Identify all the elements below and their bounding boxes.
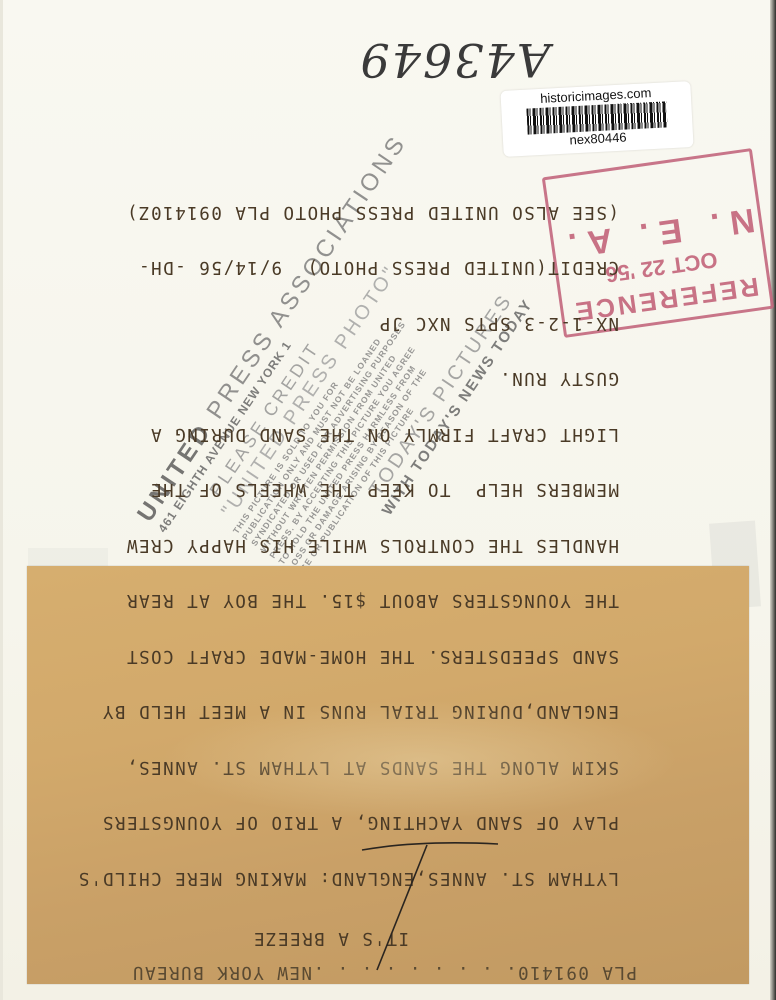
- caption-see-also: (SEE ALSO UNITED PRESS PHOTO PLA 091410Z…: [47, 203, 619, 222]
- caption-line: LYTHAM ST. ANNES,ENGLAND: MAKING MERE CH…: [47, 869, 619, 888]
- caption-routing: NX-1-2-3 SPTS NXC JP: [47, 314, 619, 333]
- photo-right-edge: [770, 0, 776, 1000]
- caption-inner: PLA 091410. . . . . . . . .NEW YORK BURE…: [27, 566, 749, 984]
- caption-line: ENGLAND,DURING TRIAL RUNS IN A MEET HELD…: [47, 702, 619, 721]
- caption-header: PLA 091410. . . . . . . . .NEW YORK BURE…: [47, 962, 637, 982]
- handwritten-inventory-number: A43649: [360, 30, 550, 90]
- caption-slip: PLA 091410. . . . . . . . .NEW YORK BURE…: [27, 566, 749, 984]
- barcode-label: historicimages.com nex80446: [500, 81, 693, 157]
- caption-line: HANDLES THE CONTROLS WHILE HIS HAPPY CRE…: [47, 536, 619, 555]
- caption-line: SAND SPEEDSTERS. THE HOME-MADE CRAFT COS…: [47, 647, 619, 666]
- caption-line: PLAY OF SAND YACHTING, A TRIO OF YOUNGST…: [47, 813, 619, 832]
- photo-left-edge: [0, 0, 3, 1000]
- caption-line: LIGHT CRAFT FIRMLY ON THE SAND DURING A: [47, 425, 619, 444]
- caption-line: SKIM ALONG THE SANDS AT LYTHAM ST. ANNES…: [47, 758, 619, 777]
- caption-title: IT'S A BREEZE: [253, 928, 409, 948]
- caption-body: LYTHAM ST. ANNES,ENGLAND: MAKING MERE CH…: [47, 166, 619, 925]
- caption-line: THE YOUNGSTERS ABOUT $15. THE BOY AT REA…: [47, 591, 619, 610]
- caption-credit: CREDIT(UNITED PRESS PHOTO) 9/14/56 -DH-: [47, 258, 619, 277]
- caption-line: MEMBERS HELP TO KEEP THE WHEELS OF THE: [47, 480, 619, 499]
- caption-line: GUSTY RUN.: [47, 369, 619, 388]
